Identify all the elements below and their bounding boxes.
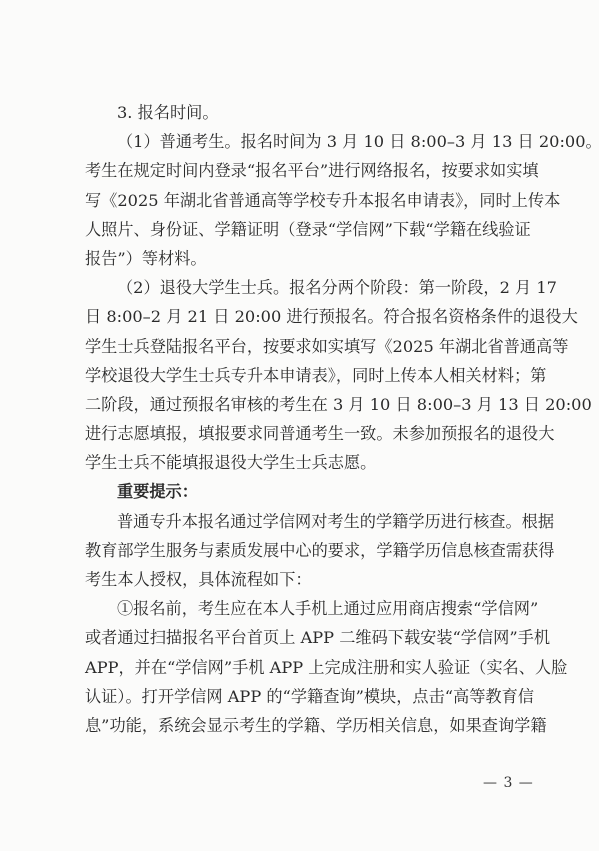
paragraph-line: 教育部学生服务与素质发展中心的要求，学籍学历信息核查需获得 [85,536,527,565]
paragraph-line: 学生士兵登陆报名平台，按要求如实填写《2025 年湖北省普通高等 [85,332,527,361]
paragraph-line: （1）普通考生。报名时间为 3 月 10 日 8:00–3 月 13 日 20:… [85,127,527,156]
paragraph-line: 考生在规定时间内登录“报名平台”进行网络报名，按要求如实填 [85,156,527,185]
paragraph-step-1: ①报名前，考生应在本人手机上通过应用商店搜索“学信网” 或者通过扫描报名平台首页… [85,594,527,740]
paragraph-ordinary-candidates: （1）普通考生。报名时间为 3 月 10 日 8:00–3 月 13 日 20:… [85,127,527,273]
paragraph-line: 学生士兵不能填报退役大学生士兵志愿。 [85,448,527,477]
paragraph-line: 普通专升本报名通过学信网对考生的学籍学历进行核查。根据 [85,507,527,536]
important-notice-heading: 重要提示： [85,477,527,506]
paragraph-verification-intro: 普通专升本报名通过学信网对考生的学籍学历进行核查。根据 教育部学生服务与素质发展… [85,507,527,595]
paragraph-line: 或者通过扫描报名平台首页上 APP 二维码下载安装“学信网”手机 [85,623,527,652]
paragraph-line: （2）退役大学生士兵。报名分两个阶段：第一阶段，2 月 17 [85,273,527,302]
paragraph-line: 息”功能，系统会显示考生的学籍、学历相关信息，如果查询学籍 [85,711,527,740]
page-number: — 3 — [483,775,534,791]
paragraph-line: 写《2025 年湖北省普通高等学校专升本报名申请表》，同时上传本 [85,186,527,215]
paragraph-line: 二阶段，通过预报名审核的考生在 3 月 10 日 8:00–3 月 13 日 2… [85,390,527,419]
paragraph-line: 人照片、身份证、学籍证明（登录“学信网”下载“学籍在线验证 [85,215,527,244]
paragraph-line: 认证）。打开学信网 APP 的“学籍查询”模块，点击“高等教育信 [85,682,527,711]
paragraph-line: 学校退役大学生士兵专升本申请表》，同时上传本人相关材料；第 [85,361,527,390]
paragraph-line: 考生本人授权，具体流程如下： [85,565,527,594]
paragraph-line: ①报名前，考生应在本人手机上通过应用商店搜索“学信网” [85,594,527,623]
paragraph-veteran-students: （2）退役大学生士兵。报名分两个阶段：第一阶段，2 月 17 日 8:00–2 … [85,273,527,477]
section-heading: 3. 报名时间。 [85,98,527,127]
paragraph-line: 日 8:00–2 月 21 日 20:00 进行预报名。符合报名资格条件的退役大 [85,302,527,331]
paragraph-line: 进行志愿填报，填报要求同普通考生一致。未参加预报名的退役大 [85,419,527,448]
paragraph-line: 报告”）等材料。 [85,244,527,273]
paragraph-line: APP，并在“学信网”手机 APP 上完成注册和实人验证（实名、人脸 [85,653,527,682]
document-page: 3. 报名时间。 （1）普通考生。报名时间为 3 月 10 日 8:00–3 月… [85,98,527,740]
